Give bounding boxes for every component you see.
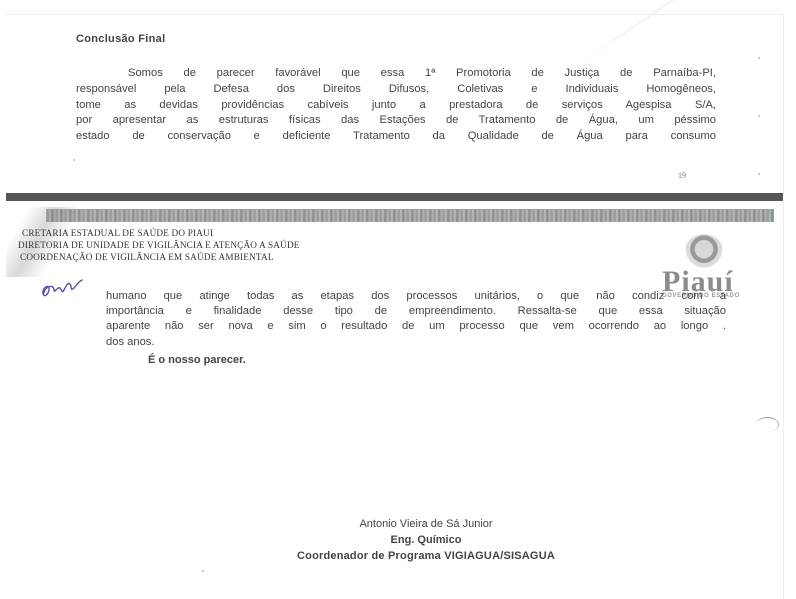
conclusion-paragraph: Somos de parecer favorável que essa 1ª P… [76, 66, 716, 145]
letterhead-line: COORDENAÇÃO DE VIGILÂNCIA EM SAÚDE AMBIE… [20, 252, 274, 262]
scan-artifact-line [576, 0, 726, 66]
scan-artifact-arc [756, 417, 779, 432]
signature-block: Antonio Vieira de Sá Junior Eng. Químico… [206, 516, 646, 564]
scan-speck [758, 57, 760, 59]
scan-speck [73, 159, 75, 161]
page-number: 19 [678, 171, 686, 180]
paragraph-line: responsável pela Defesa dos Direitos Dif… [76, 82, 716, 98]
letterhead-line: DIRETORIA DE UNIDADE DE VIGILÂNCIA E ATE… [18, 240, 300, 250]
paragraph-line: tome as devidas providências cabíveis ju… [76, 98, 716, 114]
letterhead-band [46, 209, 774, 222]
document-page-top: Conclusão Final Somos de parecer favoráv… [6, 14, 784, 195]
paragraph-line: aparente não ser nova e sim o resultado … [106, 319, 726, 334]
signatory-title: Coordenador de Programa VIGIAGUA/SISAGUA [206, 548, 646, 564]
page-separator [6, 193, 783, 201]
closing-statement: É o nosso parecer. [148, 354, 246, 366]
paragraph-line: estado de conservação e deficiente Trata… [76, 129, 716, 145]
paragraph-line: por apresentar as estruturas físicas das… [76, 113, 716, 129]
signatory-name: Antonio Vieira de Sá Junior [206, 516, 646, 532]
handwritten-initials-icon [40, 276, 84, 302]
paragraph-line: dos anos. [106, 335, 726, 350]
section-title: Conclusão Final [76, 33, 165, 45]
scan-speck [758, 115, 760, 117]
scan-speck [202, 570, 204, 572]
paragraph-line: importância e finalidade desse tipo de e… [106, 304, 726, 319]
letterhead-line: CRETARIA ESTADUAL DE SAÚDE DO PIAUI [22, 228, 213, 238]
document-page-bottom: CRETARIA ESTADUAL DE SAÚDE DO PIAUI DIRE… [6, 202, 784, 599]
opinion-paragraph: humano que atinge todas as etapas dos pr… [106, 289, 726, 350]
paragraph-line: humano que atinge todas as etapas dos pr… [106, 289, 726, 304]
scan-speck [758, 173, 760, 175]
paragraph-line: Somos de parecer favorável que essa 1ª P… [76, 66, 716, 82]
signatory-role: Eng. Químico [206, 532, 646, 548]
